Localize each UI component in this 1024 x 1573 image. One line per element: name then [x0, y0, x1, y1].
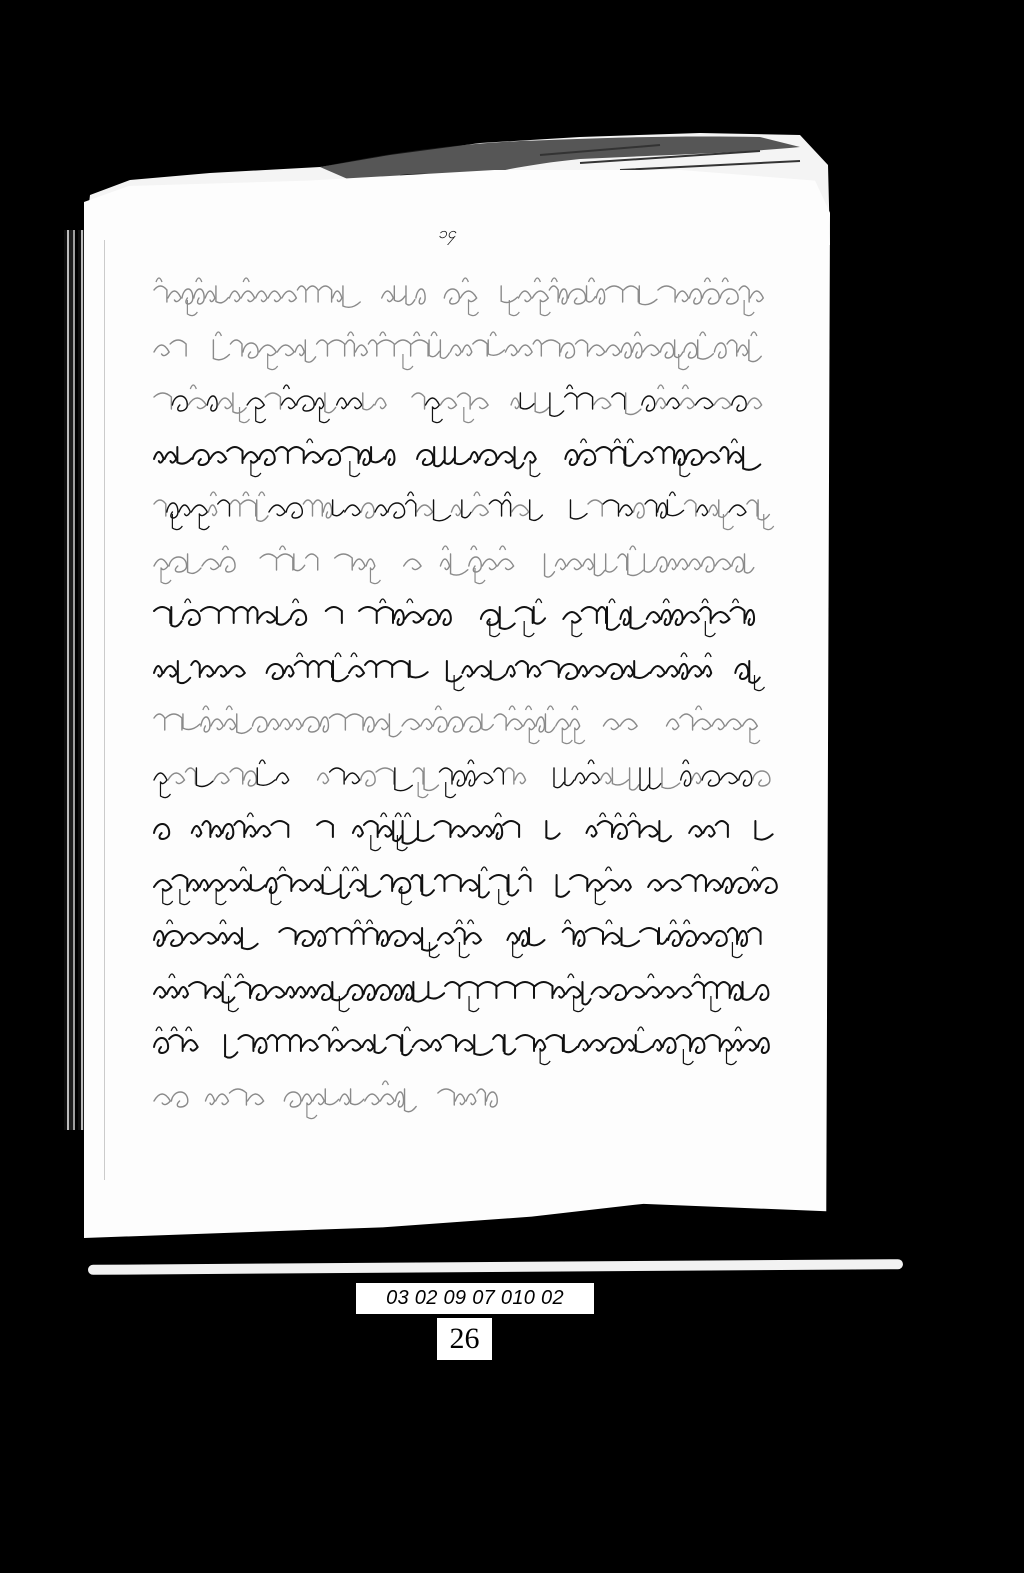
handwriting-strokes	[150, 698, 780, 748]
manuscript-line: [handwritten line 11 — illegible cursive…	[150, 805, 780, 859]
handwriting-strokes	[150, 431, 780, 481]
manuscript-line: [handwritten line 14 — illegible cursive…	[150, 966, 780, 1020]
image-number-label: 26	[437, 1318, 492, 1360]
folio-number: ၁၄	[438, 222, 456, 246]
handwriting-strokes	[150, 324, 780, 374]
handwriting-strokes	[150, 966, 780, 1016]
handwriting-strokes	[150, 377, 780, 427]
manuscript-line: [handwritten line 5 — illegible cursive …	[150, 484, 780, 538]
manuscript-line: [handwritten line 9 — illegible cursive …	[150, 698, 780, 752]
handwriting-strokes	[150, 752, 780, 802]
handwriting-strokes	[150, 1073, 780, 1123]
handwriting-strokes	[150, 805, 780, 855]
manuscript-line: [handwritten line 16 — illegible cursive…	[150, 1073, 780, 1127]
manuscript-line: [handwritten line 3 — illegible cursive …	[150, 377, 780, 431]
manuscript-line: [handwritten line 12 — illegible cursive…	[150, 859, 780, 913]
manuscript-line: [handwritten line 2 — illegible cursive …	[150, 324, 780, 378]
manuscript-line: [handwritten line 13 — illegible cursive…	[150, 912, 780, 966]
handwriting-strokes	[150, 270, 780, 320]
left-margin-rule	[104, 240, 105, 1180]
manuscript-line: [handwritten line 10 — illegible cursive…	[150, 752, 780, 806]
handwriting-strokes	[150, 859, 780, 909]
handwriting-strokes	[150, 484, 780, 534]
handwriting-strokes	[150, 645, 780, 695]
manuscript-line: [handwritten line 7 — illegible cursive …	[150, 591, 780, 645]
manuscript-line: [handwritten line 1 — illegible cursive …	[150, 270, 780, 324]
manuscript-line: [handwritten line 6 — illegible cursive …	[150, 538, 780, 592]
archive-reference-label: 03 02 09 07 010 02	[356, 1283, 594, 1314]
handwriting-strokes	[150, 591, 780, 641]
handwriting-strokes	[150, 1019, 780, 1069]
handwriting-strokes	[150, 538, 780, 588]
manuscript-text-block: [handwritten line 1 — illegible cursive …	[150, 270, 780, 1126]
manuscript-line: [handwritten line 15 — illegible cursive…	[150, 1019, 780, 1073]
manuscript-line: [handwritten line 8 — illegible cursive …	[150, 645, 780, 699]
manuscript-line: [handwritten line 4 — illegible cursive …	[150, 431, 780, 485]
handwriting-strokes	[150, 912, 780, 962]
